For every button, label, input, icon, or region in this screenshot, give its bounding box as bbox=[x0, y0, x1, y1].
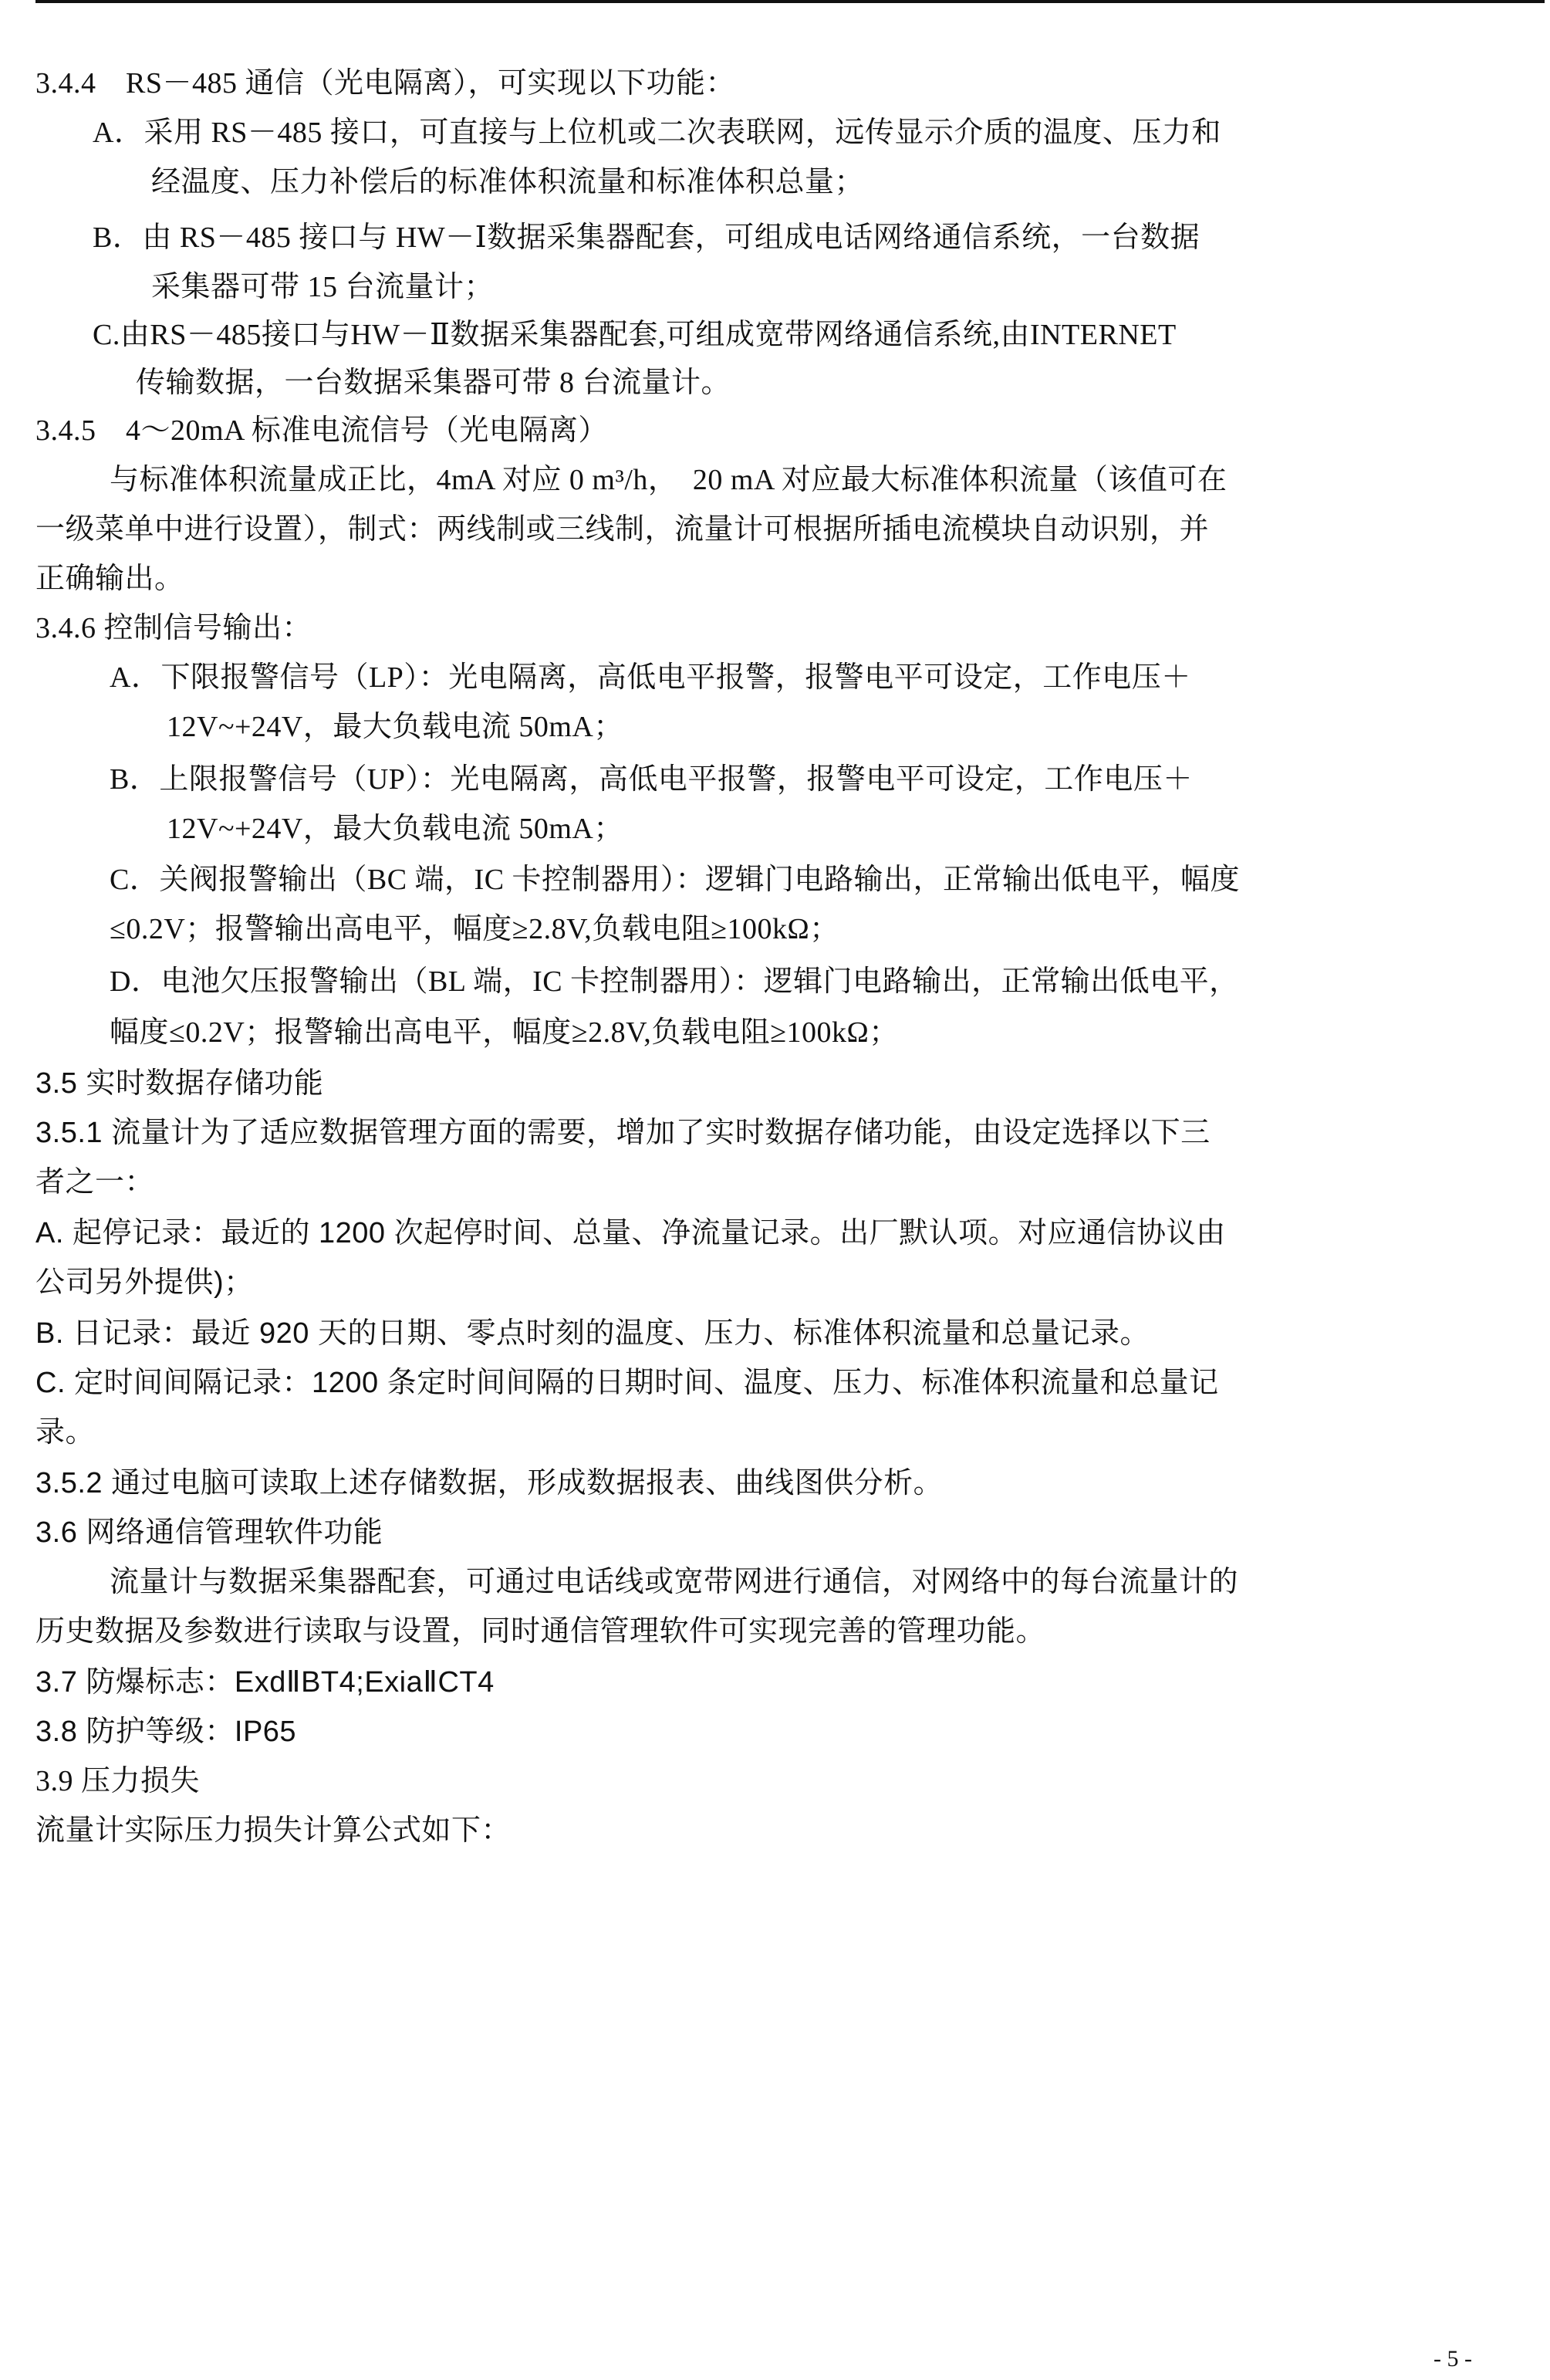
text-line: 采集器可带 15 台流量计； bbox=[151, 267, 494, 307]
text-line: 3.4.6 控制信号输出： bbox=[35, 608, 312, 648]
text-line: 3.5.1 流量计为了适应数据管理方面的需要，增加了实时数据存储功能，由设定选择… bbox=[35, 1113, 1211, 1153]
text-line: 者之一： bbox=[35, 1162, 154, 1202]
text-line: 流量计实际压力损失计算公式如下： bbox=[35, 1810, 511, 1851]
text-line: 一级菜单中进行设置），制式：两线制或三线制，流量计可根据所插电流模块自动识别，并 bbox=[35, 509, 1209, 549]
text-line: C．关阀报警输出（BC 端，IC 卡控制器用）：逻辑门电路输出，正常输出低电平，… bbox=[110, 860, 1240, 900]
text-line: 12V~+24V，最大负载电流 50mA； bbox=[167, 707, 623, 747]
text-line: D．电池欠压报警输出（BL 端，IC 卡控制器用）：逻辑门电路输出，正常输出低电… bbox=[110, 962, 1239, 1002]
text-line: 3.5 实时数据存储功能 bbox=[35, 1063, 323, 1104]
text-line: 3.6 网络通信管理软件功能 bbox=[35, 1513, 383, 1553]
text-line: 12V~+24V，最大负载电流 50mA； bbox=[167, 809, 623, 849]
text-line: 正确输出。 bbox=[35, 559, 184, 599]
text-line: B. 日记录：最近 920 天的日期、零点时刻的温度、压力、标准体积流量和总量记… bbox=[35, 1313, 1150, 1354]
text-line: 3.9 压力损失 bbox=[35, 1761, 200, 1801]
text-line: A. 起停记录：最近的 1200 次起停时间、总量、净流量记录。出厂默认项。对应… bbox=[35, 1213, 1226, 1253]
text-line: 幅度≤0.2V；报警输出高电平，幅度≥2.8V,负载电阻≥100kΩ； bbox=[110, 1013, 899, 1053]
text-line: 流量计与数据采集器配套，可通过电话线或宽带网进行通信，对网络中的每台流量计的 bbox=[110, 1562, 1238, 1602]
text-line: 3.8 防护等级：IP65 bbox=[35, 1712, 296, 1752]
text-line: B．上限报警信号（UP）：光电隔离，高低电平报警，报警电平可设定，工作电压＋ bbox=[110, 759, 1193, 800]
text-line: 与标准体积流量成正比，4mA 对应 0 m³/h， 20 mA 对应最大标准体积… bbox=[110, 460, 1227, 500]
header-rule bbox=[35, 0, 1545, 3]
text-line: A．下限报警信号（LP）：光电隔离，高低电平报警，报警电平可设定，工作电压＋ bbox=[110, 658, 1191, 698]
text-line: 3.4.4 RS－485 通信（光电隔离），可实现以下功能： bbox=[35, 63, 735, 103]
text-line: 3.7 防爆标志：ExdⅡBT4;ExiaⅡCT4 bbox=[35, 1662, 495, 1702]
text-line: 3.4.5 4～20mA 标准电流信号（光电隔离） bbox=[35, 411, 608, 451]
text-line: C.由RS－485接口与HW－Ⅱ数据采集器配套,可组成宽带网络通信系统,由INT… bbox=[93, 315, 1177, 355]
page-number: - 5 - bbox=[1433, 2346, 1472, 2372]
text-line: B．由 RS－485 接口与 HW－Ⅰ数据采集器配套，可组成电话网络通信系统，一… bbox=[93, 218, 1200, 258]
text-line: 公司另外提供)； bbox=[35, 1263, 254, 1303]
text-line: 经温度、压力补偿后的标准体积流量和标准体积总量； bbox=[151, 162, 864, 202]
text-line: ≤0.2V；报警输出高电平，幅度≥2.8V,负载电阻≥100kΩ； bbox=[110, 909, 839, 949]
text-line: 传输数据，一台数据采集器可带 8 台流量计。 bbox=[136, 363, 731, 403]
text-line: 3.5.2 通过电脑可读取上述存储数据，形成数据报表、曲线图供分析。 bbox=[35, 1463, 943, 1503]
text-line: C. 定时间间隔记录：1200 条定时间间隔的日期时间、温度、压力、标准体积流量… bbox=[35, 1363, 1219, 1403]
text-line: A．采用 RS－485 接口，可直接与上位机或二次表联网，远传显示介质的温度、压… bbox=[93, 113, 1221, 153]
text-line: 历史数据及参数进行读取与设置，同时通信管理软件可实现完善的管理功能。 bbox=[35, 1611, 1045, 1651]
text-line: 录。 bbox=[35, 1412, 95, 1452]
